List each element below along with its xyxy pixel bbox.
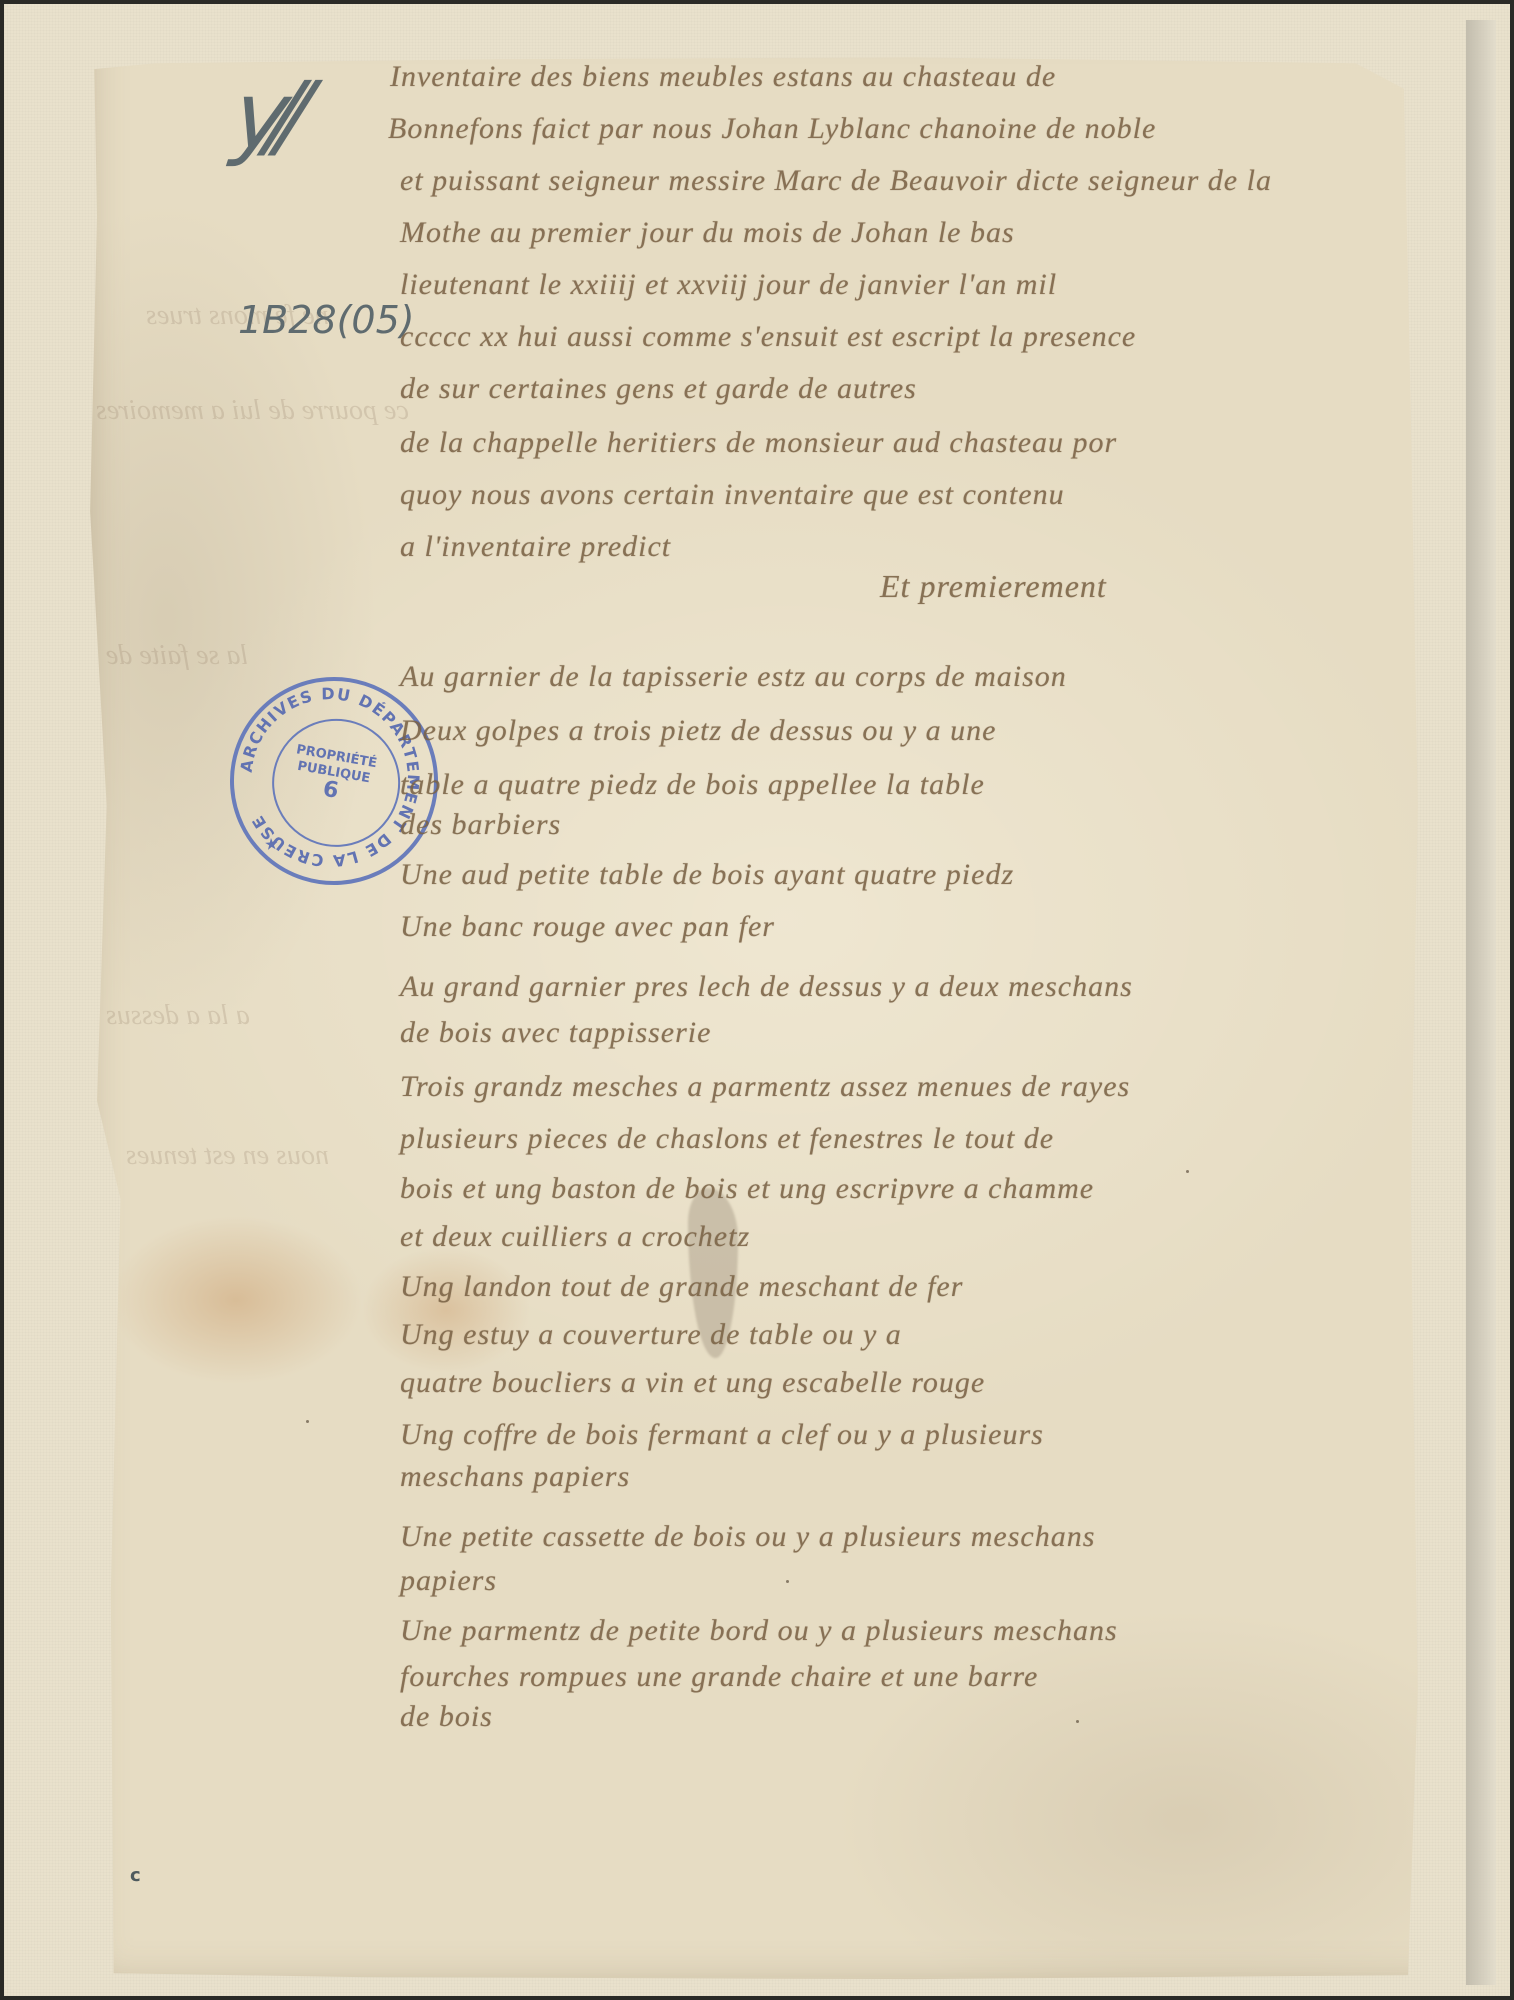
- star-icon: ★: [264, 834, 280, 854]
- manuscript-line: quatre boucliers a vin et ung escabelle …: [400, 1366, 985, 1400]
- manuscript-line: Deux golpes a trois pietz de dessus ou y…: [400, 714, 996, 748]
- foxing-spot: [306, 1420, 309, 1423]
- backing-edge: [1466, 20, 1496, 1985]
- foxing-spot: [786, 1580, 789, 1583]
- manuscript-line: Une parmentz de petite bord ou y a plusi…: [400, 1614, 1118, 1648]
- manuscript-line: Au grand garnier pres lech de dessus y a…: [400, 970, 1133, 1004]
- manuscript-line: Ung coffre de bois fermant a clef ou y a…: [400, 1418, 1044, 1452]
- manuscript-line: de bois: [400, 1700, 493, 1734]
- manuscript-line: de bois avec tappisserie: [400, 1016, 711, 1050]
- manuscript-line: Une petite cassette de bois ou y a plusi…: [400, 1520, 1095, 1554]
- manuscript-line: table a quatre piedz de bois appellee la…: [400, 768, 985, 802]
- manuscript-line: de sur certaines gens et garde de autres: [400, 372, 917, 406]
- manuscript-line: Inventaire des biens meubles estans au c…: [390, 60, 1056, 94]
- manuscript-line: et puissant seigneur messire Marc de Bea…: [400, 164, 1272, 198]
- manuscript-line: lieutenant le xxiiij et xxviij jour de j…: [400, 268, 1057, 302]
- manuscript-line: meschans papiers: [400, 1460, 630, 1494]
- manuscript-line: de la chappelle heritiers de monsieur au…: [400, 426, 1117, 460]
- manuscript-line: des barbiers: [400, 808, 561, 842]
- manuscript-line: a l'inventaire predict: [400, 530, 671, 564]
- corner-mark: c: [130, 1865, 141, 1886]
- manuscript-line: Au garnier de la tapisserie estz au corp…: [400, 660, 1067, 694]
- manuscript-line: bois et ung baston de bois et ung escrip…: [400, 1172, 1094, 1206]
- manuscript-line: ccccc xx hui aussi comme s'ensuit est es…: [400, 320, 1136, 354]
- manuscript-line: papiers: [400, 1564, 497, 1598]
- bleed-through-text: ce pourre de lui a memoires: [96, 395, 409, 427]
- bleed-through-text: a la a dessus: [106, 1000, 250, 1032]
- manuscript-line: Une banc rouge avec pan fer: [400, 910, 775, 944]
- foxing-spot: [1186, 1170, 1189, 1173]
- manuscript-line: Trois grandz mesches a parmentz assez me…: [400, 1070, 1130, 1104]
- manuscript-line: Ung landon tout de grande meschant de fe…: [400, 1270, 963, 1304]
- bleed-through-text: la se faite de: [106, 640, 248, 672]
- manuscript-line: quoy nous avons certain inventaire que e…: [400, 478, 1065, 512]
- manuscript-line: et deux cuilliers a crochetz: [400, 1220, 750, 1254]
- bleed-through-text: nous en est tenues: [126, 1140, 329, 1172]
- shelfmark-number: 1B28(05): [238, 298, 415, 342]
- manuscript-line: plusieurs pieces de chaslons et fenestre…: [400, 1122, 1054, 1156]
- manuscript-line: Une aud petite table de bois ayant quatr…: [400, 858, 1014, 892]
- manuscript-line: Bonnefons faict par nous Johan Lyblanc c…: [388, 112, 1156, 146]
- foxing-spot: [1076, 1720, 1079, 1723]
- manuscript-line: Ung estuy a couverture de table ou y a: [400, 1318, 902, 1352]
- section-heading: Et premierement: [880, 568, 1107, 605]
- manuscript-line: fourches rompues une grande chaire et un…: [400, 1660, 1038, 1694]
- manuscript-line: Mothe au premier jour du mois de Johan l…: [400, 216, 1015, 250]
